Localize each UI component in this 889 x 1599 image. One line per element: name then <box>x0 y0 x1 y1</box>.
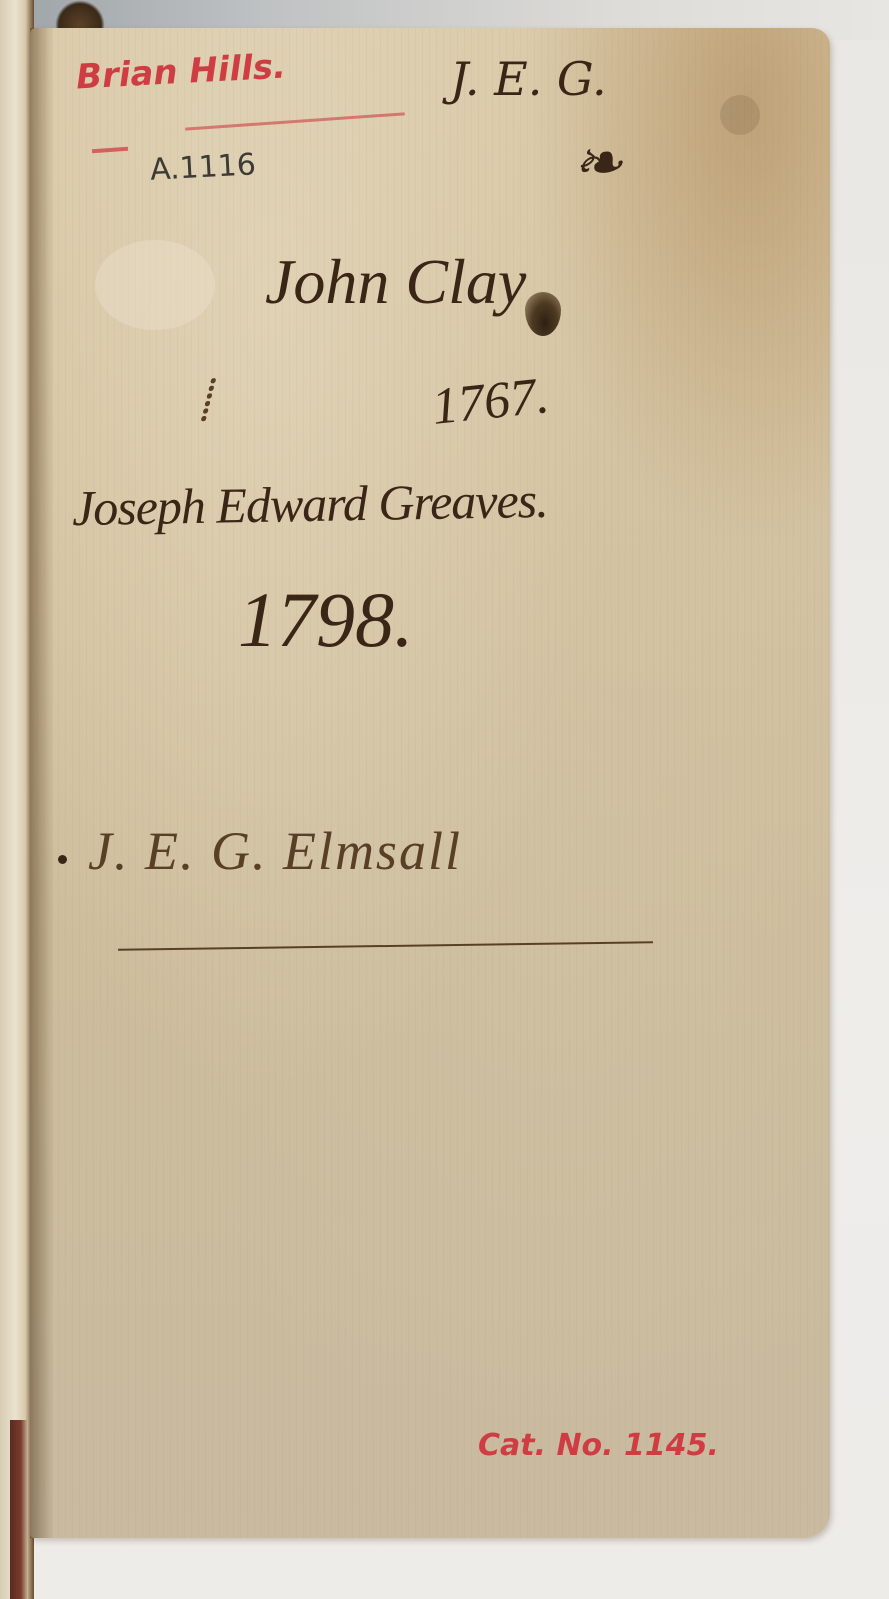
inscription-year-1767: 1767. <box>429 366 552 437</box>
foxing-spot <box>95 240 215 330</box>
inscription-catalogue-number: Cat. No. 1145. <box>478 1428 719 1463</box>
foxing-spot <box>58 855 67 864</box>
foxing-spot <box>720 95 760 135</box>
inscription-year-1798: 1798. <box>238 575 414 665</box>
inscription-shelfmark: A.1116 <box>149 147 257 187</box>
inscription-joseph-edward-greaves: Joseph Edward Greaves. <box>72 471 549 537</box>
monogram-flourish: ❧ <box>572 128 622 198</box>
book-binding-leather <box>10 1420 28 1599</box>
book-binding-edge <box>0 0 34 1599</box>
inscription-monogram: J. E. G. <box>450 52 607 106</box>
flourish-left: ⸽ <box>200 370 210 425</box>
inscription-elmsall: J. E. G. Elmsall <box>88 820 462 882</box>
inscription-john-clay: John Clay <box>265 245 526 319</box>
